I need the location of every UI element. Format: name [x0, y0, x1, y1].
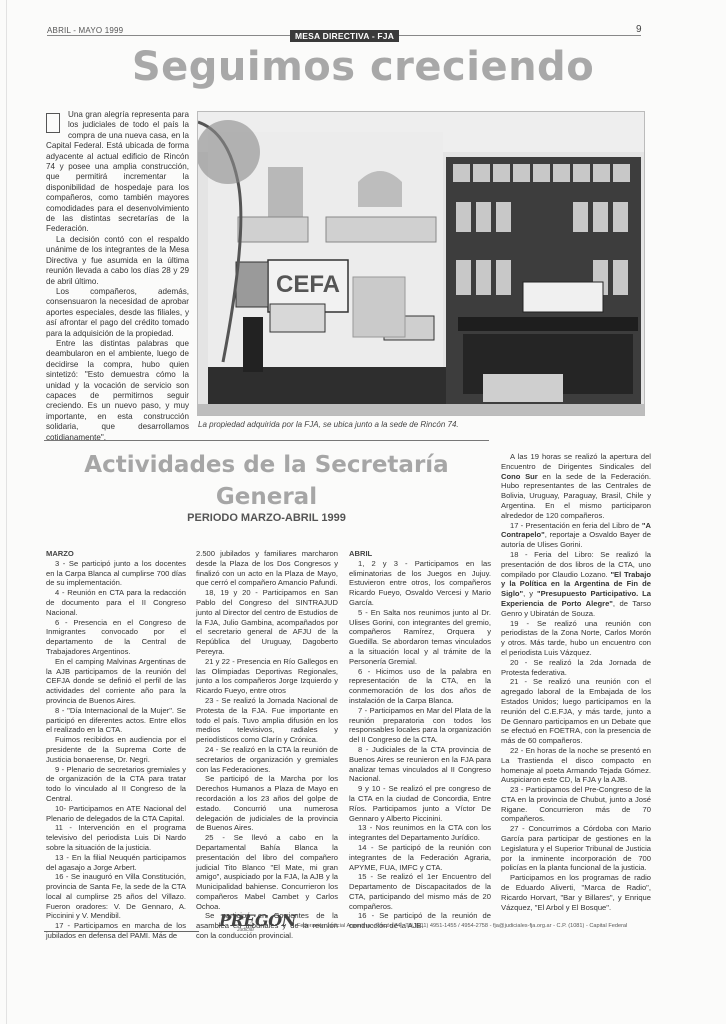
activity-item: 25 - Se llevó a cabo en la Departamental… [196, 833, 338, 911]
activity-item: A las 19 horas se realizó la apertura de… [501, 452, 651, 521]
cefa-sign-text: CEFA [276, 271, 340, 298]
activity-item: 9 y 10 - Se realizó el pre congreso de l… [349, 784, 491, 823]
activity-item: 9 - Plenario de secretarios gremiales y … [46, 765, 186, 804]
activity-item: En el camping Malvinas Argentinas de la … [46, 657, 186, 706]
activity-item: 20 - Se realizó la 2da Jornada de Protes… [501, 658, 651, 678]
activity-item: 14 - Se participó de la reunión con inte… [349, 843, 491, 872]
activity-item: 23 - Participamos del Pre-Congreso de la… [501, 785, 651, 824]
drop-cap-box [46, 113, 60, 133]
footer-rule [44, 931, 199, 932]
activity-item: 6 - Presencia en el Congreso de Inmigran… [46, 618, 186, 657]
activity-item: 13 - En la filial Neuquén participamos d… [46, 853, 186, 873]
activity-item: 23 - Se realizó la Jornada Nacional de P… [196, 696, 338, 745]
activity-item: 13 - Nos reunimos en la CTA con los inte… [349, 823, 491, 843]
article1-body: Una gran alegría representa para los jud… [46, 110, 189, 443]
activity-item: 21 y 22 - Presencia en Río Gallegos en l… [196, 657, 338, 696]
article-title-seguimos-creciendo: Seguimos creciendo [0, 44, 726, 90]
issue-date: ABRIL - MAYO 1999 [47, 26, 123, 35]
pregon-logo: PREGON [219, 911, 296, 930]
text-run-bold: Cono Sur [501, 472, 538, 481]
section-divider [44, 440, 489, 441]
text-run: A las 19 horas se realizó la apertura de… [501, 452, 651, 471]
footer-contact: Federación Judicial Argentina - Rincón 7… [297, 923, 627, 929]
activity-item: 21 - Se realizó una reunión con el agreg… [501, 677, 651, 746]
activity-item: 4 - Reunión en CTA para la redacción de … [46, 588, 186, 617]
activity-item-continued: 2.500 jubilados y familiares marcharon d… [196, 549, 338, 588]
activity-item: 8 - Judiciales de la CTA provincia de Bu… [349, 745, 491, 784]
activity-item: 16 - Se inauguró en Villa Constitución, … [46, 872, 186, 921]
article-title-actividades: Actividades de la Secretaría General [44, 449, 489, 513]
activity-item: 7 - Participamos en Mar del Plata de la … [349, 706, 491, 745]
activity-item: Se participó de la Marcha por los Derech… [196, 774, 338, 833]
activity-item: 22 - En horas de la noche se presentó en… [501, 746, 651, 785]
text-run: , y [523, 589, 537, 598]
article-subtitle-period: PERIODO MARZO-ABRIL 1999 [44, 512, 489, 524]
text-run: 17 - Presentación en feria del Libro de [510, 521, 642, 530]
activity-item: Fuimos recibidos en audiencia por el pre… [46, 735, 186, 764]
month-heading-abril: ABRIL [349, 549, 491, 559]
column-abril-cont: A las 19 horas se realizó la apertura de… [501, 452, 651, 912]
activity-item: 8 - "Día Internacional de la Mujer". Se … [46, 706, 186, 735]
activity-item: 5 - En Salta nos reunimos junto al Dr. U… [349, 608, 491, 667]
activity-item: 19 - Se realizó una reunión con periodis… [501, 619, 651, 658]
photo-caption: La propiedad adquirida por la FJA, se ub… [198, 420, 459, 429]
section-label: MESA DIRECTIVA - FJA [290, 30, 399, 42]
title-line: Actividades de la Secretaría [44, 449, 489, 481]
building-photo: CEFA [197, 111, 645, 416]
activity-item: 24 - Se realizó en la CTA la reunión de … [196, 745, 338, 774]
activity-item: 6 - Hicimos uso de la palabra en represe… [349, 667, 491, 706]
activity-item: 18 - Feria del Libro: Se realizó la pres… [501, 550, 651, 619]
activity-item: 10- Participamos en ATE Nacional del Ple… [46, 804, 186, 824]
page-edge [6, 0, 7, 1024]
activity-item: 27 - Concurrimos a Córdoba con Mario Gar… [501, 824, 651, 873]
activity-item: 1, 2 y 3 - Participamos en las eliminato… [349, 559, 491, 608]
activity-item: 15 - Se realizó el 1er Encuentro del Dep… [349, 872, 491, 911]
activity-item: 3 - Se participó junto a los docentes en… [46, 559, 186, 588]
title-line: General [44, 481, 489, 513]
activity-item: 17 - Presentación en feria del Libro de … [501, 521, 651, 550]
activity-item: 11 - Intervención en el programa televis… [46, 823, 186, 852]
column-marzo-cont: 2.500 jubilados y familiares marcharon d… [196, 549, 338, 941]
activity-item: Participamos en los programas de radio d… [501, 873, 651, 912]
article1-paragraph: Una gran alegría representa para los jud… [46, 110, 189, 235]
pregon-logo-sub: Judicial [237, 927, 254, 933]
page-number: 9 [636, 24, 642, 35]
article1-paragraph: La decisión contó con el respaldo unánim… [46, 235, 189, 287]
month-heading-marzo: MARZO [46, 549, 186, 559]
column-marzo: MARZO 3 - Se participó junto a los docen… [46, 549, 186, 941]
article1-paragraph: Entre las distintas palabras que deambul… [46, 339, 189, 443]
activity-item: 18, 19 y 20 - Participamos en San Pablo … [196, 588, 338, 657]
column-abril: ABRIL 1, 2 y 3 - Participamos en las eli… [349, 549, 491, 931]
article1-paragraph: Los compañeros, además, consensuaron la … [46, 287, 189, 339]
